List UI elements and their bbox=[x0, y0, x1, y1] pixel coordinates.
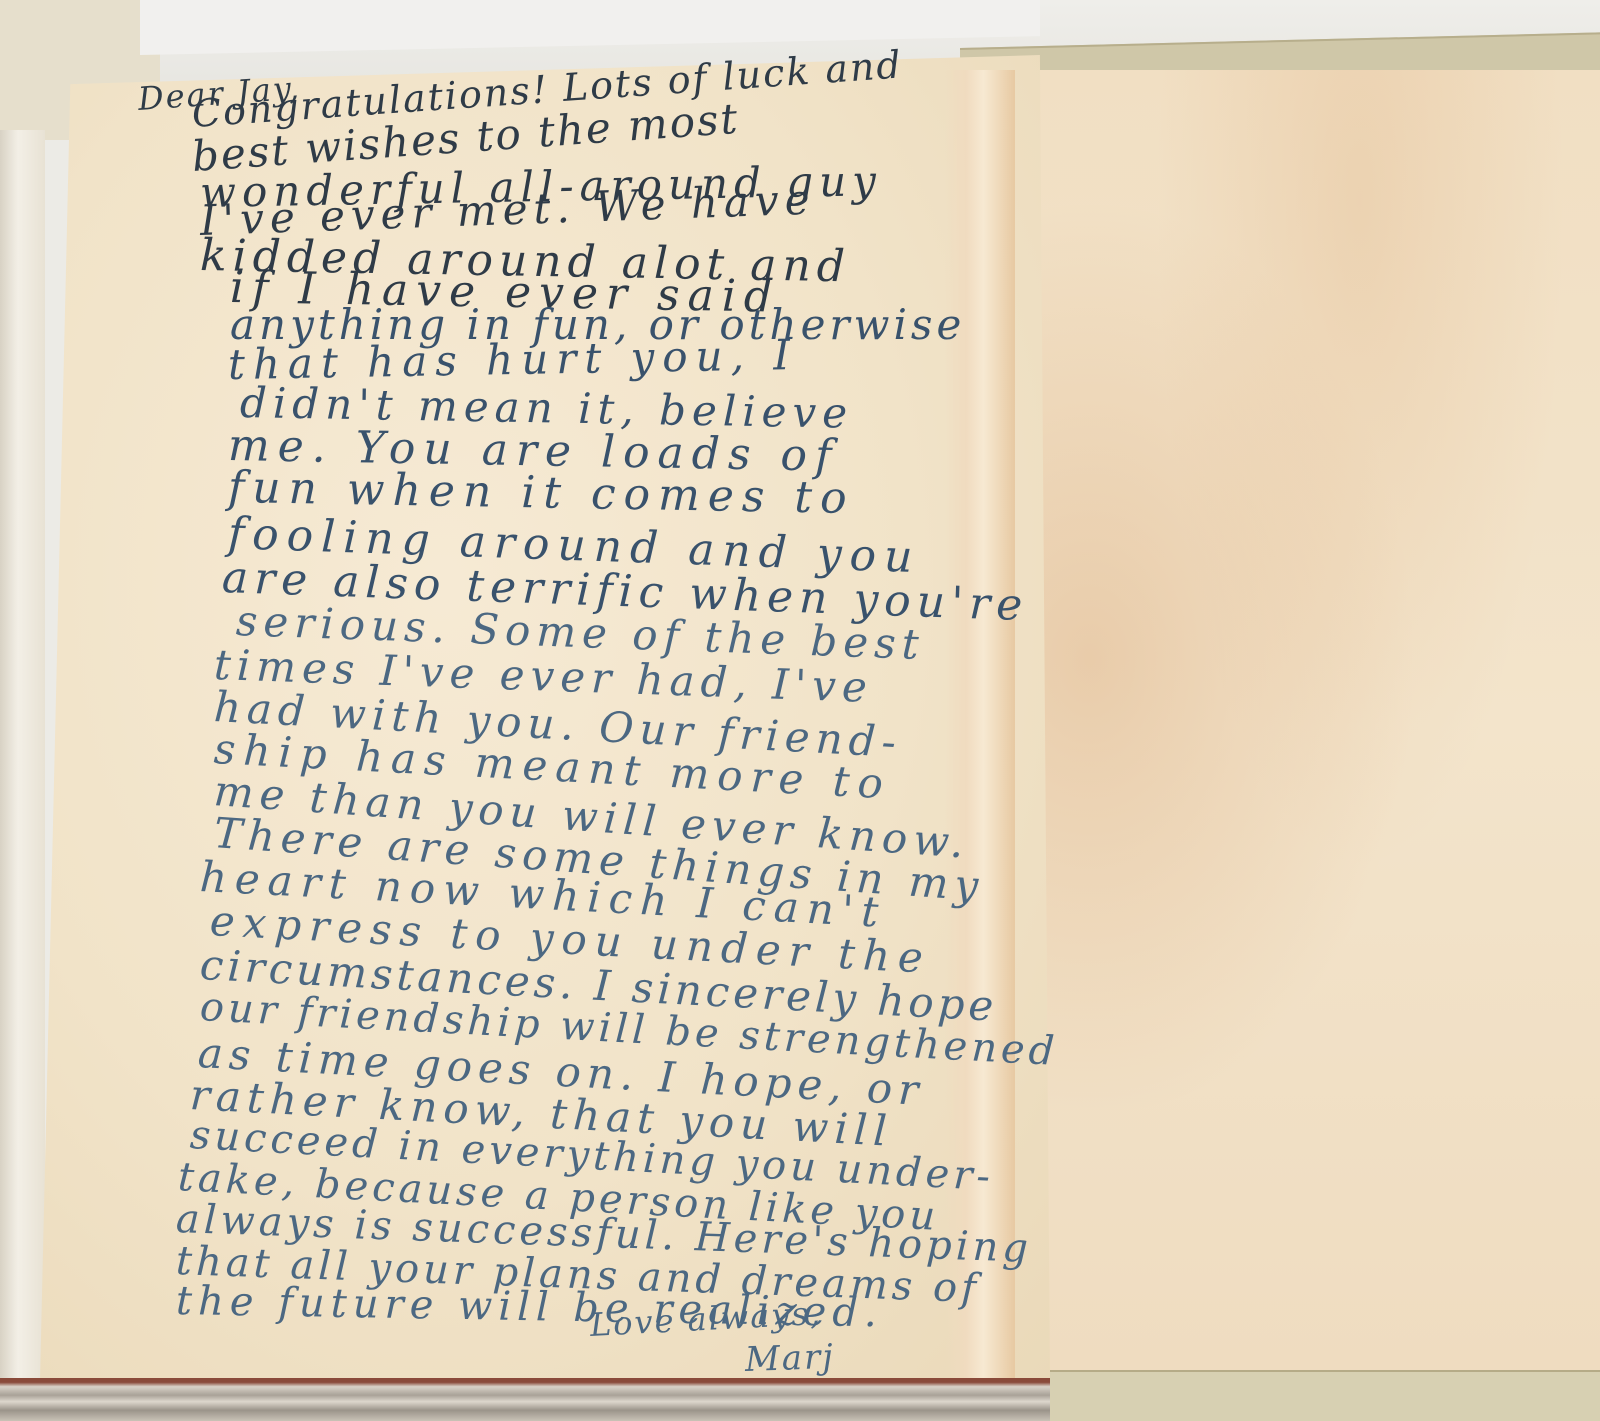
handwritten-letter: Dear Jay, Congratulations! Lots of luck … bbox=[0, 0, 1600, 1421]
letter-signature: Marj bbox=[744, 1337, 835, 1380]
